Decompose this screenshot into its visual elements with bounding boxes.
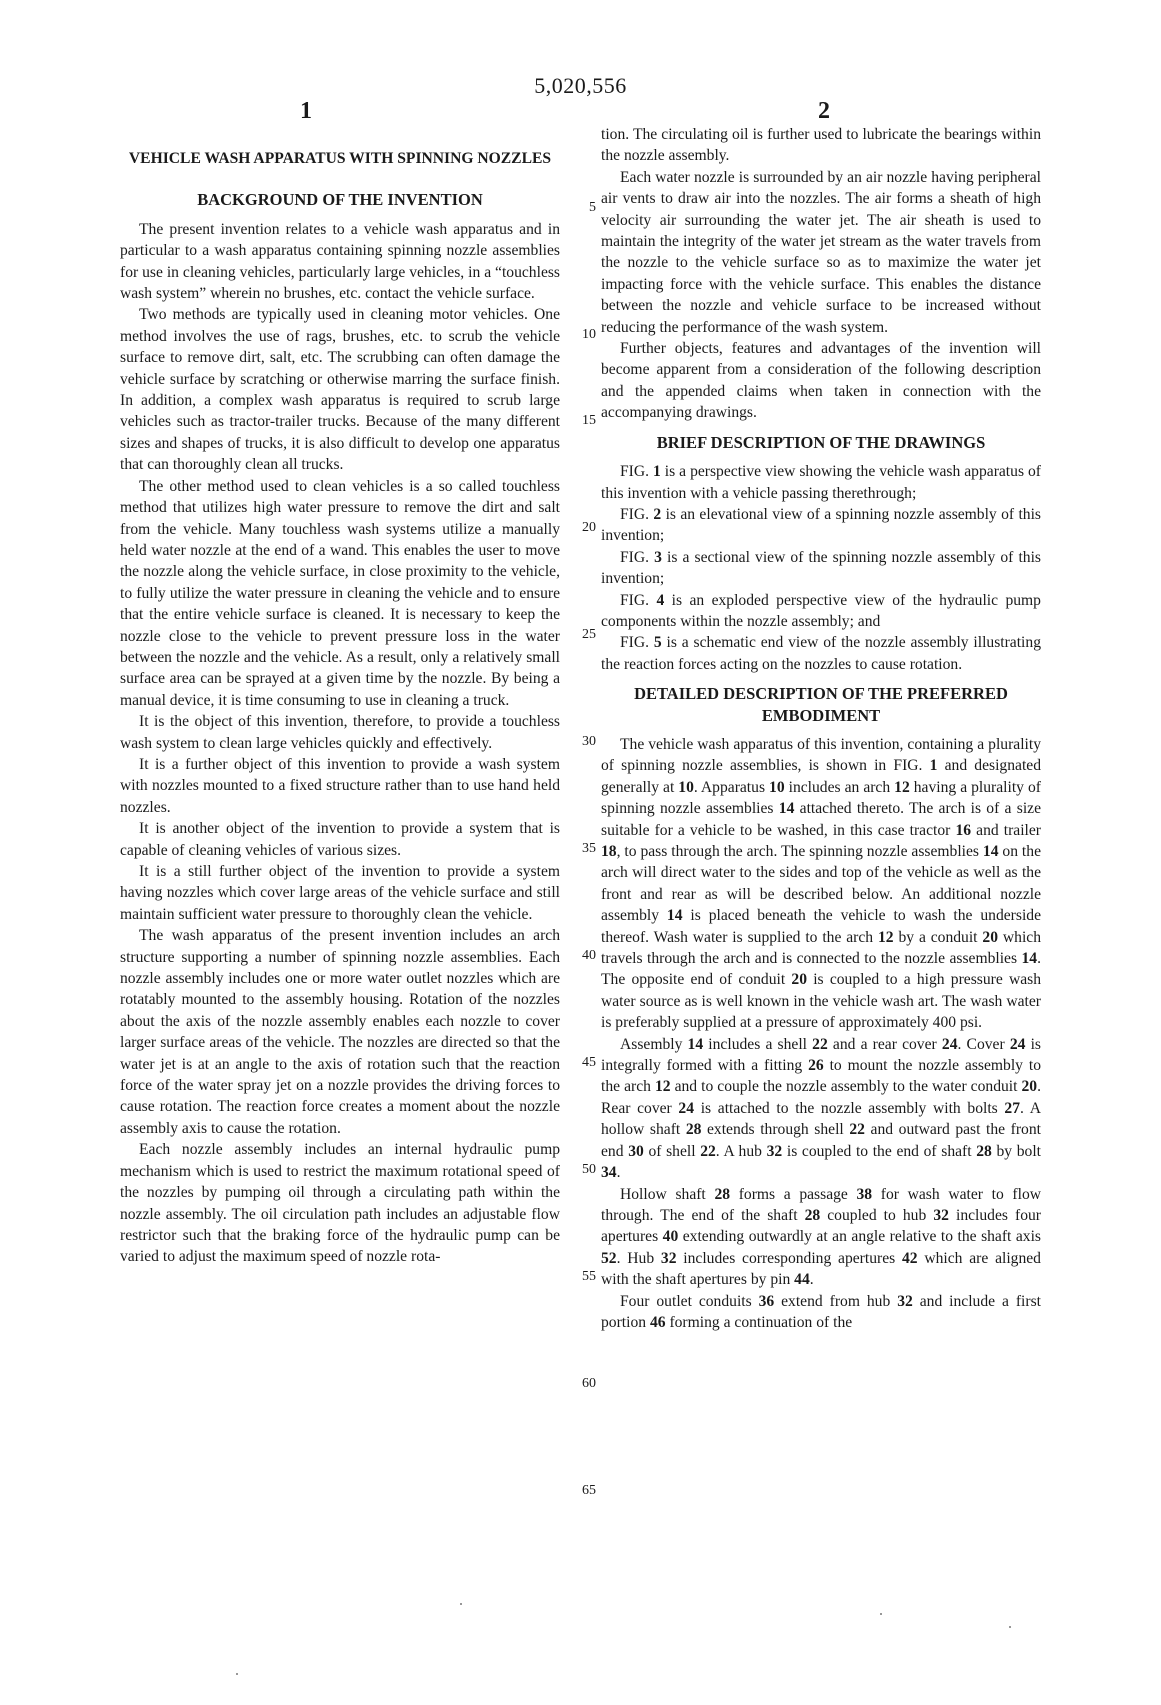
scan-speck	[1009, 1626, 1011, 1628]
reference-numeral: 42	[902, 1250, 918, 1267]
line-number: 20	[570, 520, 596, 536]
paragraph: FIG. 4 is an exploded perspective view o…	[601, 590, 1041, 633]
paragraph: It is the object of this invention, ther…	[120, 711, 560, 754]
reference-numeral: 14	[983, 843, 999, 860]
line-number: 15	[570, 413, 596, 429]
reference-numeral: 32	[897, 1293, 913, 1310]
paragraph: The wash apparatus of the present invent…	[120, 925, 560, 1139]
reference-numeral: 34	[601, 1164, 617, 1181]
reference-numeral: 28	[686, 1121, 702, 1138]
column-number-right: 2	[818, 98, 830, 125]
text-run: FIG.	[620, 634, 654, 651]
text-run: is a perspective view showing the vehicl…	[601, 463, 1041, 501]
text-run: .	[617, 1164, 621, 1181]
text-run: .	[810, 1271, 814, 1288]
reference-numeral: 10	[678, 779, 694, 796]
reference-numeral: 20	[791, 971, 807, 988]
text-run: Two methods are typically used in cleani…	[120, 306, 560, 473]
reference-numeral: 28	[714, 1186, 730, 1203]
right-column-body: tion. The circulating oil is further use…	[601, 124, 1041, 1333]
text-run: extend from hub	[774, 1293, 897, 1310]
text-run: forming a continuation of the	[666, 1314, 853, 1331]
reference-numeral: 3	[654, 549, 662, 566]
line-number: 55	[570, 1269, 596, 1285]
line-number: 30	[570, 734, 596, 750]
section-heading-background: BACKGROUND OF THE INVENTION	[120, 189, 560, 210]
line-number: 35	[570, 841, 596, 857]
paragraph: FIG. 5 is a schematic end view of the no…	[601, 632, 1041, 675]
text-run: . Hub	[617, 1250, 661, 1267]
text-run: includes corresponding apertures	[677, 1250, 902, 1267]
paragraph: It is another object of the invention to…	[120, 818, 560, 861]
text-run: and trailer	[971, 822, 1041, 839]
text-run: Each water nozzle is surrounded by an ai…	[601, 169, 1041, 336]
reference-numeral: 28	[976, 1143, 992, 1160]
text-run: forms a passage	[730, 1186, 856, 1203]
text-run: includes an arch	[785, 779, 895, 796]
paragraph: FIG. 2 is an elevational view of a spinn…	[601, 504, 1041, 547]
reference-numeral: 22	[849, 1121, 865, 1138]
paragraph: It is a further object of this invention…	[120, 754, 560, 818]
reference-numeral: 12	[878, 929, 894, 946]
line-number: 65	[570, 1483, 596, 1499]
reference-numeral: 27	[1004, 1100, 1020, 1117]
reference-numeral: 12	[894, 779, 910, 796]
reference-numeral: 24	[678, 1100, 694, 1117]
text-run: FIG.	[620, 506, 653, 523]
paragraph: Each water nozzle is surrounded by an ai…	[601, 167, 1041, 338]
reference-numeral: 14	[688, 1036, 704, 1053]
text-run: The present invention relates to a vehic…	[120, 221, 560, 302]
reference-numeral: 24	[942, 1036, 958, 1053]
reference-numeral: 14	[1022, 950, 1038, 967]
text-run: The wash apparatus of the present invent…	[120, 927, 560, 1137]
reference-numeral: 10	[769, 779, 785, 796]
text-run: is an exploded perspective view of the h…	[601, 592, 1041, 630]
reference-numeral: 14	[779, 800, 795, 817]
text-run: FIG.	[620, 549, 654, 566]
reference-numeral: 18	[601, 843, 617, 860]
text-run: tion. The circulating oil is further use…	[601, 126, 1041, 164]
text-run: and a rear cover	[828, 1036, 942, 1053]
left-column: VEHICLE WASH APPARATUS WITH SPINNING NOZ…	[120, 148, 560, 1268]
text-run: Four outlet conduits	[620, 1293, 759, 1310]
reference-numeral: 24	[1010, 1036, 1026, 1053]
paragraph: Assembly 14 includes a shell 22 and a re…	[601, 1034, 1041, 1184]
text-run: It is a still further object of the inve…	[120, 863, 560, 923]
reference-numeral: 22	[700, 1143, 716, 1160]
scan-speck	[985, 140, 987, 142]
reference-numeral: 40	[663, 1228, 679, 1245]
text-run: It is a further object of this invention…	[120, 756, 560, 816]
text-run: is attached to the nozzle assembly with …	[694, 1100, 1004, 1117]
paragraph: The present invention relates to a vehic…	[120, 219, 560, 305]
patent-title: VEHICLE WASH APPARATUS WITH SPINNING NOZ…	[120, 148, 560, 169]
line-number: 5	[570, 200, 596, 216]
text-run: includes a shell	[703, 1036, 812, 1053]
patent-number: 5,020,556	[0, 73, 1161, 99]
paragraph: Further objects, features and advantages…	[601, 338, 1041, 424]
paragraph: Each nozzle assembly includes an interna…	[120, 1139, 560, 1267]
section-heading: DETAILED DESCRIPTION OF THE PREFERRED EM…	[601, 683, 1041, 726]
reference-numeral: 26	[808, 1057, 824, 1074]
reference-numeral: 16	[955, 822, 971, 839]
line-number: 40	[570, 948, 596, 964]
text-run: is a schematic end view of the nozzle as…	[601, 634, 1041, 672]
reference-numeral: 22	[812, 1036, 828, 1053]
scan-speck	[460, 1603, 462, 1605]
paragraph: The vehicle wash apparatus of this inven…	[601, 734, 1041, 1034]
text-run: extends through shell	[701, 1121, 849, 1138]
text-run: coupled to hub	[820, 1207, 933, 1224]
text-run: is an elevational view of a spinning noz…	[601, 506, 1041, 544]
text-run: is coupled to the end of shaft	[782, 1143, 976, 1160]
text-run: , to pass through the arch. The spinning…	[617, 843, 983, 860]
reference-numeral: 20	[1022, 1078, 1038, 1095]
text-run: is a sectional view of the spinning nozz…	[601, 549, 1041, 587]
text-run: of shell	[644, 1143, 700, 1160]
line-number: 45	[570, 1055, 596, 1071]
reference-numeral: 12	[655, 1078, 671, 1095]
line-number: 60	[570, 1376, 596, 1392]
text-run: FIG.	[620, 463, 653, 480]
text-run: It is another object of the invention to…	[120, 820, 560, 858]
reference-numeral: 1	[653, 463, 661, 480]
reference-numeral: 44	[794, 1271, 810, 1288]
paragraph: Hollow shaft 28 forms a passage 38 for w…	[601, 1184, 1041, 1291]
text-run: . Apparatus	[694, 779, 769, 796]
reference-numeral: 32	[767, 1143, 783, 1160]
line-number: 50	[570, 1162, 596, 1178]
text-run: It is the object of this invention, ther…	[120, 713, 560, 751]
column-number-left: 1	[300, 98, 312, 125]
text-run: Further objects, features and advantages…	[601, 340, 1041, 421]
text-run: . A hub	[716, 1143, 767, 1160]
reference-numeral: 20	[982, 929, 998, 946]
paragraph: The other method used to clean vehicles …	[120, 476, 560, 711]
text-run: by a conduit	[894, 929, 983, 946]
line-number: 25	[570, 627, 596, 643]
right-column: tion. The circulating oil is further use…	[601, 124, 1041, 1333]
reference-numeral: 38	[857, 1186, 873, 1203]
text-run: The other method used to clean vehicles …	[120, 478, 560, 709]
scan-speck	[880, 1613, 882, 1615]
paragraph: Four outlet conduits 36 extend from hub …	[601, 1291, 1041, 1334]
text-run: FIG.	[620, 592, 656, 609]
reference-numeral: 28	[805, 1207, 821, 1224]
paragraph: FIG. 1 is a perspective view showing the…	[601, 461, 1041, 504]
reference-numeral: 32	[933, 1207, 949, 1224]
text-run: Hollow shaft	[620, 1186, 714, 1203]
text-run: . Cover	[957, 1036, 1009, 1053]
text-run: and to couple the nozzle assembly to the…	[671, 1078, 1022, 1095]
left-column-body: The present invention relates to a vehic…	[120, 219, 560, 1268]
reference-numeral: 30	[628, 1143, 644, 1160]
reference-numeral: 14	[667, 907, 683, 924]
paragraph: Two methods are typically used in cleani…	[120, 304, 560, 475]
reference-numeral: 5	[654, 634, 662, 651]
section-heading: BRIEF DESCRIPTION OF THE DRAWINGS	[601, 432, 1041, 453]
text-run: extending outwardly at an angle relative…	[678, 1228, 1041, 1245]
text-run: Each nozzle assembly includes an interna…	[120, 1141, 560, 1265]
paragraph: FIG. 3 is a sectional view of the spinni…	[601, 547, 1041, 590]
scan-speck	[236, 1673, 238, 1675]
reference-numeral: 36	[759, 1293, 775, 1310]
line-number: 10	[570, 327, 596, 343]
reference-numeral: 52	[601, 1250, 617, 1267]
reference-numeral: 46	[650, 1314, 666, 1331]
reference-numeral: 32	[661, 1250, 677, 1267]
paragraph: It is a still further object of the inve…	[120, 861, 560, 925]
text-run: by bolt	[992, 1143, 1041, 1160]
text-run: Assembly	[620, 1036, 688, 1053]
paragraph: tion. The circulating oil is further use…	[601, 124, 1041, 167]
